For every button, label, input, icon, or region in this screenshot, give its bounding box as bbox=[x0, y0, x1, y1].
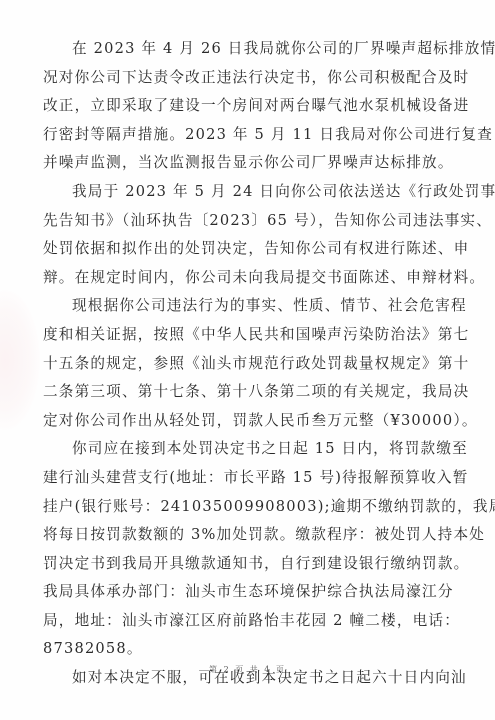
page-number-footer: 第 2 页 共 4 页 bbox=[0, 664, 495, 675]
paragraph-3-line-4: 二条第三项、第十七条、第十八条第二项的有关规定，我局决 bbox=[43, 378, 453, 407]
paragraph-2-line-1: 我局于 2023 年 5 月 24 日向你公司依法送达《行政处罚事 bbox=[43, 178, 453, 207]
paragraph-4-line-2: 建行汕头建营支行(地址：市长平路 15 号)待报解预算收入暂 bbox=[43, 464, 453, 493]
paragraph-1-line-5: 并噪声监测，当次监测报告显示你公司厂界噪声达标排放。 bbox=[43, 149, 453, 178]
paragraph-2-line-3: 处罚依据和拟作出的处罚决定，告知你公司有权进行陈述、申 bbox=[43, 235, 453, 264]
seal-stamp-mark bbox=[0, 290, 40, 430]
paragraph-1-line-2: 况对你公司下达责令改正违法行决定书，你公司积极配合及时 bbox=[43, 64, 453, 93]
paragraph-4-line-7: 局，地址：汕头市濠江区府前路怡丰花园 2 幢二楼，电话： bbox=[43, 607, 453, 636]
paragraph-1-line-1: 在 2023 年 4 月 26 日我局就你公司的厂界噪声超标排放情 bbox=[43, 35, 453, 64]
document-page: 在 2023 年 4 月 26 日我局就你公司的厂界噪声超标排放情 况对你公司下… bbox=[0, 0, 495, 720]
paragraph-3-line-5: 定对你公司作出从轻处罚，罚款人民币叁万元整（¥30000）。 bbox=[43, 407, 453, 436]
paragraph-1-line-4: 行密封等隔声措施。2023 年 5 月 11 日我局对你公司进行复查 bbox=[43, 121, 453, 150]
paragraph-2-line-4: 辩。在规定时间内，你公司未向我局提交书面陈述、申辩材料。 bbox=[43, 264, 453, 293]
paragraph-3-line-3: 十五条的规定，参照《汕头市规范行政处罚裁量权规定》第十 bbox=[43, 350, 453, 379]
paragraph-4-line-4: 将每日按罚款数额的 3%加处罚款。缴款程序：被处罚人持本处 bbox=[43, 521, 453, 550]
paragraph-1-line-3: 改正，立即采取了建设一个房间对两台曝气池水泵机械设备进 bbox=[43, 92, 453, 121]
paragraph-4-line-3: 挂户(银行账号：241035009908003);逾期不缴纳罚款的，我局 bbox=[43, 493, 453, 522]
document-body: 在 2023 年 4 月 26 日我局就你公司的厂界噪声超标排放情 况对你公司下… bbox=[43, 35, 453, 693]
paragraph-2-line-2: 先告知书》（汕环执告〔2023〕65 号），告知你公司违法事实、 bbox=[43, 207, 453, 236]
paragraph-4-line-1: 你司应在接到本处罚决定书之日起 15 日内，将罚款缴至 bbox=[43, 435, 453, 464]
paragraph-3-line-2: 度和相关证据，按照《中华人民共和国噪声污染防治法》第七 bbox=[43, 321, 453, 350]
paragraph-4-line-5: 罚决定书到我局开具缴款通知书，自行到建设银行缴纳罚款。 bbox=[43, 550, 453, 579]
paragraph-4-line-8: 87382058。 bbox=[43, 635, 453, 664]
paragraph-3-line-1: 现根据你公司违法行为的事实、性质、情节、社会危害程 bbox=[43, 292, 453, 321]
paragraph-4-line-6: 我局具体承办部门：汕头市生态环境保护综合执法局濠江分 bbox=[43, 578, 453, 607]
